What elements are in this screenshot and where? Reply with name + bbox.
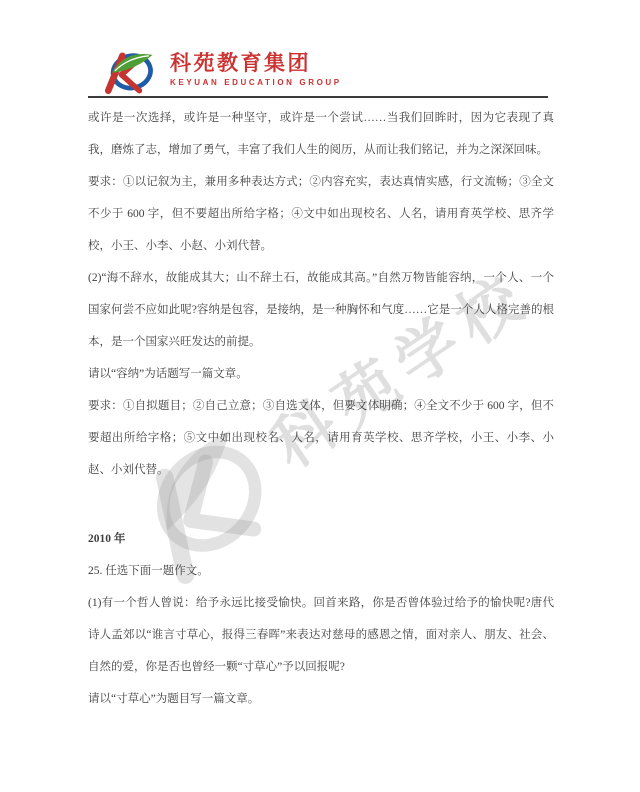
paragraph-prompt-2-rongna: (2)“海不辞水，故能成其大；山不辞土石，故能成其高。”自然万物皆能容纳，一个人… (88, 262, 554, 358)
document-page: 科苑学校 科苑教育集团 KEYUAN EDUCATION GROUP 或许是一次… (0, 0, 640, 792)
header-divider (88, 96, 548, 98)
paragraph-requirements-2: 要求：①自拟题目；②自己立意；③自选文体，但要文体明确；④全文不少于 600 字… (88, 390, 554, 486)
keyuan-k-leaf-logo-icon (96, 44, 162, 94)
section-heading-2010: 2010 年 (88, 523, 554, 555)
document-body: 或许是一次选择，或许是一种坚守，或许是一个尝试……当我们回眸时，因为它表现了真我… (88, 102, 554, 715)
paragraph-requirements-1: 要求：①以记叙为主，兼用多种表达方式；②内容充实，表达真情实感，行文流畅；③全文… (88, 166, 554, 262)
company-logo: 科苑教育集团 KEYUAN EDUCATION GROUP (96, 44, 342, 94)
paragraph-topic-cuncaoxin: 请以“寸草心”为题目写一篇文章。 (88, 683, 554, 715)
paragraph-intro: 或许是一次选择，或许是一种坚守，或许是一个尝试……当我们回眸时，因为它表现了真我… (88, 102, 554, 166)
paragraph-topic-rongna: 请以“容纳”为话题写一篇文章。 (88, 358, 554, 390)
company-name-cn: 科苑教育集团 (170, 52, 342, 76)
paragraph-prompt-1-cuncaoxin: (1)有一个哲人曾说：给予永远比接受愉快。回首来路，你是否曾体验过给予的愉快呢?… (88, 587, 554, 683)
company-name-en: KEYUAN EDUCATION GROUP (170, 78, 342, 87)
paragraph-question-25: 25. 任选下面一题作文。 (88, 555, 554, 587)
